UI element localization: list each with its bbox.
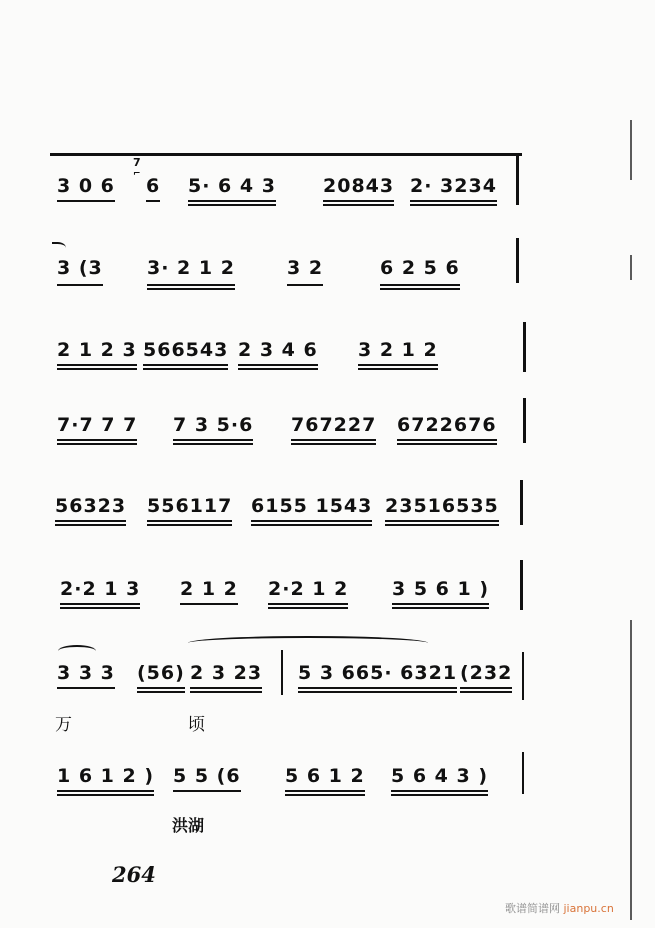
bar-line [520, 560, 523, 610]
note-group: 3 (3 [57, 257, 103, 279]
note-group: 5 6 4 3 ) [391, 765, 488, 787]
note-group: (56) [137, 662, 185, 684]
score-row-6: 2·2 1 3 2 1 2 2·2 1 2 3 5 6 1 ) [55, 578, 525, 618]
page-edge-mark [630, 620, 632, 920]
page-edge-mark [630, 120, 632, 180]
note-group: 23516535 [385, 495, 499, 517]
watermark-site-name: 歌谱简谱网 [505, 902, 560, 915]
bar-line [281, 650, 283, 695]
note-group: 5 6 1 2 [285, 765, 365, 787]
note-group: 3 2 [287, 257, 323, 279]
staff-top-rule [50, 153, 522, 156]
note-group: 2·2 1 3 [60, 578, 140, 600]
note-group: 6 2 5 6 [380, 257, 460, 279]
score-row-8: 1 6 1 2 ) 5 5 (6 5 6 1 2 5 6 4 3 ) [55, 765, 525, 805]
note-group: 20843 [323, 175, 394, 197]
note-group: 3 0 6 [57, 175, 115, 197]
note-group: 2 1 2 [180, 578, 238, 600]
note-group: 5 3 665· 6321 [298, 662, 457, 684]
score-row-2: 3 (3 3· 2 1 2 3 2 6 2 5 6 [55, 257, 525, 297]
note-group: 6155 1543 [251, 495, 372, 517]
note-group: 556117 [147, 495, 232, 517]
note-group: 7 3 5·6 [173, 414, 253, 436]
note-group: 3 2 1 2 [358, 339, 438, 361]
note-group: 7·7 7 7 [57, 414, 137, 436]
score-row-4: 7·7 7 7 7 3 5·6 767227 6722676 [55, 414, 525, 454]
bar-line [522, 752, 524, 794]
note-group: 1 6 1 2 ) [57, 765, 154, 787]
bar-line [516, 155, 519, 205]
score-row-7: 3 3 3 (56) 2 3 23 5 3 665· 6321 (232 [55, 662, 525, 702]
watermark: 歌谱简谱网 jianpu.cn [505, 900, 614, 916]
lyric-text: 洪湖 [172, 813, 204, 836]
note-group: 2 1 2 3 [57, 339, 137, 361]
note-group: 2· 3234 [410, 175, 497, 197]
note-group: 6 [146, 175, 160, 197]
slur-mark [58, 645, 96, 657]
note-group: 3 5 6 1 ) [392, 578, 489, 600]
bar-line [520, 480, 523, 525]
bar-line [523, 398, 526, 443]
note-group: 2 3 23 [190, 662, 262, 684]
note-group: 6722676 [397, 414, 497, 436]
note-group: 56323 [55, 495, 126, 517]
slur-mark [52, 242, 66, 252]
score-row-5: 56323 556117 6155 1543 23516535 [55, 495, 525, 535]
note-group: 767227 [291, 414, 376, 436]
page-edge-mark [630, 255, 632, 280]
lyric-text: 顷 [188, 710, 205, 735]
note-group: 3 3 3 [57, 662, 115, 684]
slur-mark [188, 636, 428, 650]
note-group: 3· 2 1 2 [147, 257, 235, 279]
note-group: 5· 6 4 3 [188, 175, 276, 197]
note-group: 5 5 (6 [173, 765, 241, 787]
page-number: 264 [112, 862, 156, 887]
score-row-3: 2 1 2 3 566543 2 3 4 6 3 2 1 2 [55, 339, 525, 379]
bar-line [523, 322, 526, 372]
score-row-1: 3 0 6 6 5· 6 4 3 20843 2· 3234 [55, 175, 525, 215]
bar-line [516, 238, 519, 283]
lyric-text: 万 [55, 710, 72, 735]
note-group: 566543 [143, 339, 228, 361]
note-group: 2 3 4 6 [238, 339, 318, 361]
note-group: 2·2 1 2 [268, 578, 348, 600]
bar-line [522, 652, 524, 700]
watermark-domain: jianpu.cn [564, 902, 614, 915]
note-group: (232 [460, 662, 512, 684]
